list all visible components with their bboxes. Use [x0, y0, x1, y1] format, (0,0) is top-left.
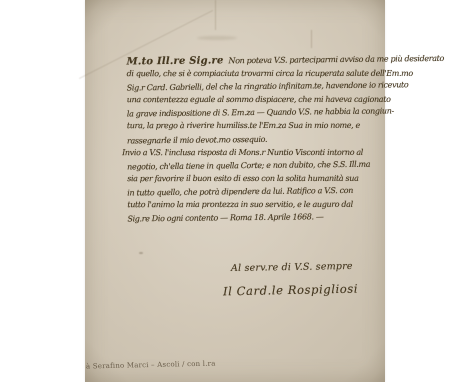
paper-crease-vertical-2: [311, 30, 312, 48]
docket-note: à Serafino Marci – Ascoli / con l.ra: [86, 360, 216, 371]
valediction: Al serv.re di V.S. sempre: [231, 261, 353, 274]
letter-line-text: Non poteva V.S. parteciparmi avviso da m…: [228, 54, 444, 65]
letter-line: Sig.re Dio ogni contento — Roma 18. Apri…: [127, 210, 383, 226]
letter-paper: M.to Ill.re Sig.reNon poteva V.S. partec…: [85, 0, 385, 382]
letter-line: tura, la prego à riverire humiliss.te l'…: [127, 119, 383, 132]
paper-ink-speck: [139, 252, 143, 254]
photo-background: M.to Ill.re Sig.reNon poteva V.S. partec…: [0, 0, 468, 382]
paper-corner-shadow-bottom-right: [265, 262, 385, 382]
letter-line: rassegnarle il mio devot.mo ossequio.: [127, 131, 383, 147]
letter-line: Invio a V.S. l'inclusa risposta di Mons.…: [122, 146, 383, 159]
paper-crease-vertical-1: [215, 0, 216, 30]
letter-line: negotio, ch'ella tiene in quella Corte; …: [127, 157, 383, 173]
letter-body-text: M.to Ill.re Sig.reNon poteva V.S. partec…: [127, 53, 384, 225]
signature: Il Card.le Rospigliosi: [223, 282, 358, 299]
paper-smudge: [197, 36, 237, 40]
salutation: M.to Ill.re Sig.re: [127, 55, 224, 67]
